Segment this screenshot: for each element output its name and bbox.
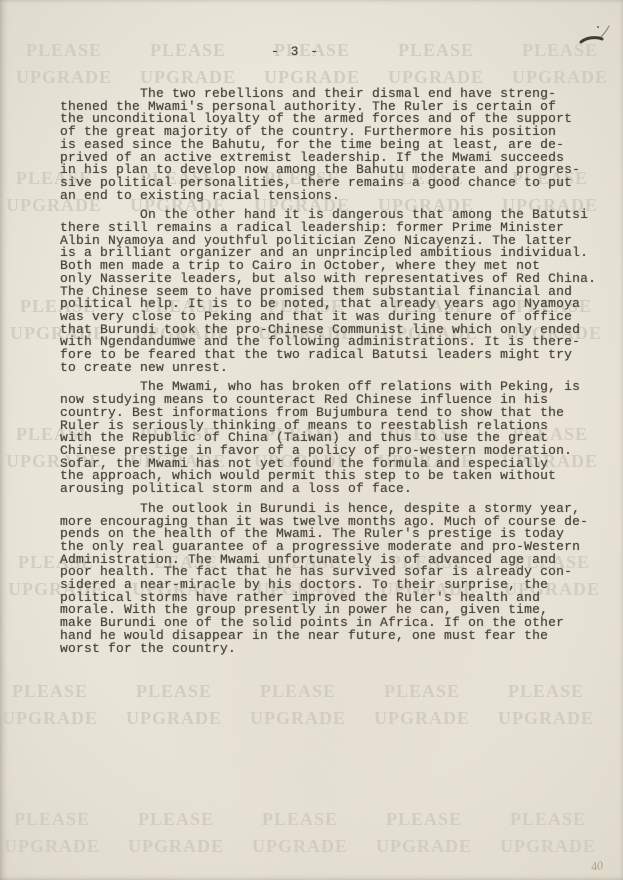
- watermark-upgrade: UPGRADE: [16, 67, 112, 88]
- watermark-please: PLEASE: [12, 681, 88, 702]
- watermark-upgrade: UPGRADE: [252, 836, 348, 857]
- watermark-upgrade: UPGRADE: [374, 708, 470, 729]
- watermark-upgrade: UPGRADE: [500, 836, 596, 857]
- watermark-upgrade: UPGRADE: [264, 67, 360, 88]
- watermark-please: PLEASE: [384, 681, 460, 702]
- watermark-upgrade: UPGRADE: [140, 67, 236, 88]
- watermark-upgrade: UPGRADE: [512, 67, 608, 88]
- document-page: PLEASEUPGRADEPLEASEUPGRADEPLEASEUPGRADEP…: [0, 0, 623, 880]
- paragraph-2: On the other hand it is dangerous that a…: [60, 209, 608, 374]
- paragraph-4: The outlook in Burundi is hence, despite…: [60, 503, 608, 655]
- ink-mark: [578, 22, 612, 50]
- watermark-please: PLEASE: [260, 681, 336, 702]
- watermark-please: PLEASE: [136, 681, 212, 702]
- handwritten-number: 40: [590, 858, 604, 875]
- watermark-upgrade: UPGRADE: [376, 836, 472, 857]
- watermark-upgrade: UPGRADE: [250, 708, 346, 729]
- watermark-upgrade: UPGRADE: [2, 708, 98, 729]
- watermark-please: PLEASE: [262, 809, 338, 830]
- watermark-upgrade: UPGRADE: [498, 708, 594, 729]
- watermark-please: PLEASE: [26, 40, 102, 61]
- watermark-please: PLEASE: [14, 809, 90, 830]
- watermark-please: PLEASE: [150, 40, 226, 61]
- watermark-please: PLEASE: [398, 40, 474, 61]
- watermark-please: PLEASE: [138, 809, 214, 830]
- watermark-please: PLEASE: [510, 809, 586, 830]
- page-number: - 3 -: [271, 44, 320, 59]
- watermark-upgrade: UPGRADE: [4, 836, 100, 857]
- paragraph-3: The Mwami, who has broken off relations …: [60, 381, 608, 495]
- watermark-please: PLEASE: [386, 809, 462, 830]
- document-text: The two rebellions and their dismal end …: [60, 88, 608, 662]
- watermark-please: PLEASE: [508, 681, 584, 702]
- paragraph-1: The two rebellions and their dismal end …: [60, 88, 608, 202]
- watermark-upgrade: UPGRADE: [128, 836, 224, 857]
- watermark-upgrade: UPGRADE: [126, 708, 222, 729]
- watermark-upgrade: UPGRADE: [388, 67, 484, 88]
